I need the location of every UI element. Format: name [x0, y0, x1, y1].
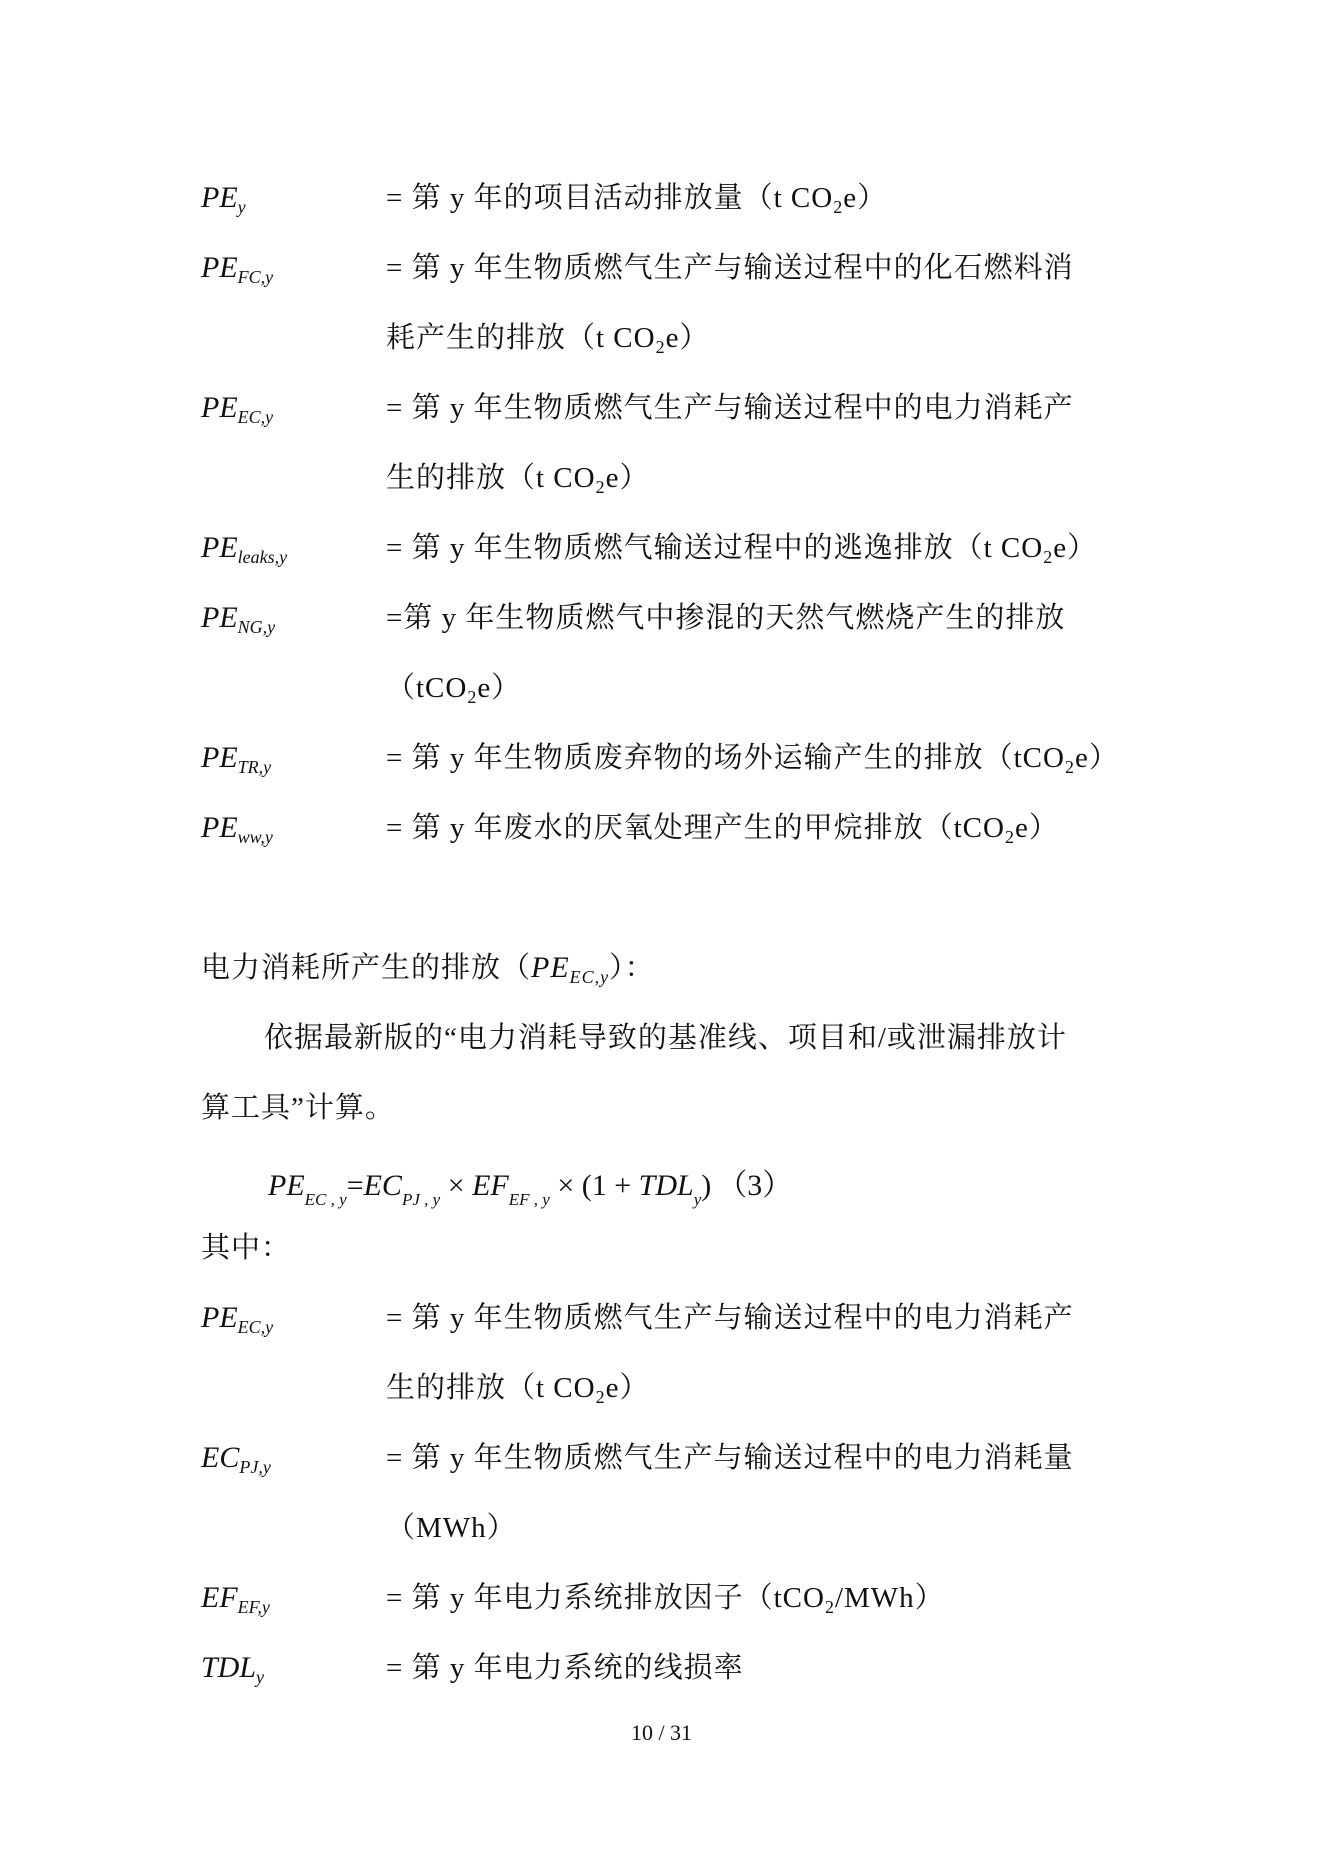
definition-text-cont: （MWh）	[386, 1510, 517, 1546]
symbol: TDLy	[201, 1650, 264, 1695]
definition-text-cont: 耗产生的排放（t CO2e）	[386, 320, 709, 365]
definition-text: = 第 y 年生物质燃气生产与输送过程中的电力消耗产	[386, 390, 1074, 426]
definition-text: = 第 y 年生物质燃气生产与输送过程中的电力消耗产	[386, 1300, 1074, 1336]
symbol: PEleaks,y	[201, 530, 287, 575]
definition-text: = 第 y 年生物质燃气生产与输送过程中的化石燃料消	[386, 250, 1074, 286]
equation-number: （3）	[717, 1169, 792, 1202]
section-heading: 电力消耗所产生的排放（PEEC,y）：	[201, 950, 655, 995]
symbol: PEww,y	[201, 810, 273, 855]
equation-3: PEEC , y=ECPJ , y × EFEF , y × (1 + TDLy…	[268, 1160, 792, 1210]
definition-text: = 第 y 年废水的厌氧处理产生的甲烷排放（tCO2e）	[386, 810, 1059, 855]
symbol: PEEC,y	[201, 390, 273, 435]
definition-text-cont: 生的排放（t CO2e）	[386, 460, 649, 505]
symbol: ECPJ,y	[201, 1440, 271, 1485]
definition-text: =第 y 年生物质燃气中掺混的天然气燃烧产生的排放	[386, 600, 1065, 636]
paragraph-line-2: 算工具”计算。	[201, 1090, 395, 1126]
document-page: PEy = 第 y 年的项目活动排放量（t CO2e） PEFC,y = 第 y…	[0, 0, 1323, 1871]
symbol: PENG,y	[201, 600, 275, 645]
definition-text-cont: （tCO2e）	[386, 670, 521, 715]
symbol: PEEC,y	[201, 1300, 273, 1345]
definition-text-cont: 生的排放（t CO2e）	[386, 1370, 649, 1415]
definition-text: = 第 y 年生物质燃气输送过程中的逃逸排放（t CO2e）	[386, 530, 1097, 575]
symbol: PEFC,y	[201, 250, 273, 295]
page-number: 10 / 31	[0, 1720, 1323, 1746]
symbol: EFEF,y	[201, 1580, 270, 1625]
definition-text: = 第 y 年生物质燃气生产与输送过程中的电力消耗量	[386, 1440, 1074, 1476]
symbol: PETR,y	[201, 740, 271, 785]
symbol: PEy	[201, 180, 246, 225]
definition-text: = 第 y 年的项目活动排放量（t CO2e）	[386, 180, 887, 225]
definition-text: = 第 y 年电力系统排放因子（tCO2/MWh）	[386, 1580, 945, 1625]
paragraph-line-1: 依据最新版的“电力消耗导致的基准线、项目和/或泄漏排放计	[264, 1020, 1067, 1056]
definition-text: = 第 y 年电力系统的线损率	[386, 1650, 744, 1686]
where-label: 其中：	[201, 1230, 291, 1266]
definition-text: = 第 y 年生物质废弃物的场外运输产生的排放（tCO2e）	[386, 740, 1119, 785]
